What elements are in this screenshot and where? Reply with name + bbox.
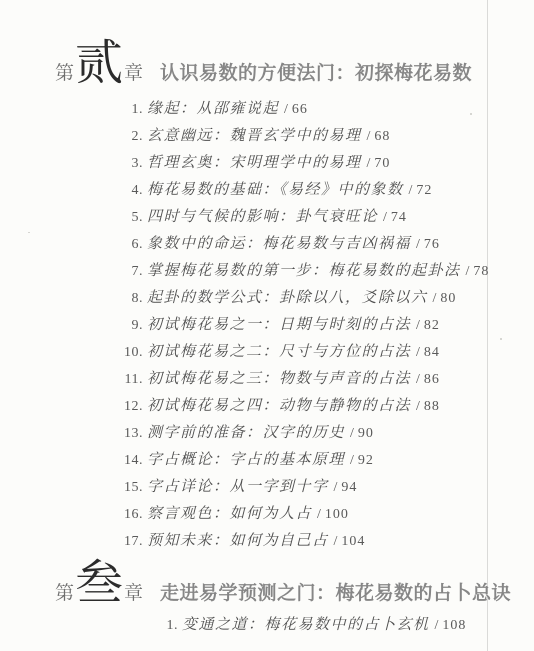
toc-item-separator: / — [350, 420, 354, 447]
toc-item-number: 8. — [112, 285, 143, 312]
toc-item-separator: / — [416, 339, 420, 366]
toc-item-number: 7. — [112, 258, 143, 285]
toc-item-number: 6. — [112, 231, 143, 258]
toc-item-page: 92 — [358, 447, 374, 474]
toc-item-number: 10. — [112, 339, 143, 366]
toc-item: 6. 象数中的命运：梅花易数与吉凶祸福 / 76 — [112, 231, 534, 258]
chapter-3-toc-list: 1. 变通之道：梅花易数中的占卜玄机 / 108 — [147, 612, 534, 639]
toc-item-number: 5. — [112, 204, 143, 231]
chapter-3-heading: 第 叁 章 走进易学预测之门：梅花易数的占卜总诀 — [55, 560, 511, 608]
toc-item-title: 玄意幽远：魏晋玄学中的易理 — [147, 123, 362, 150]
toc-item: 1. 缘起：从邵雍说起 / 66 — [112, 96, 534, 123]
toc-item-number: 17. — [112, 528, 143, 555]
toc-item-page: 100 — [325, 501, 349, 528]
toc-item-page: 76 — [424, 231, 440, 258]
toc-item-number: 12. — [112, 393, 143, 420]
toc-item-title: 预知未来：如何为自己占 — [147, 528, 329, 555]
toc-item: 11. 初试梅花易之三：物数与声音的占法 / 86 — [112, 366, 534, 393]
toc-item-title: 初试梅花易之四：动物与静物的占法 — [147, 393, 411, 420]
scanned-toc-page: { "palette": { "paper": "#fcfcfa", "item… — [0, 0, 534, 651]
toc-item-title: 四时与气候的影响：卦气衰旺论 — [147, 204, 378, 231]
toc-item-separator: / — [334, 528, 338, 555]
toc-item-title: 象数中的命运：梅花易数与吉凶祸福 — [147, 231, 411, 258]
toc-item: 3. 哲理玄奥：宋明理学中的易理 / 70 — [112, 150, 534, 177]
chapter-label-prefix: 第 — [55, 58, 74, 85]
toc-item-page: 86 — [424, 366, 440, 393]
toc-item-page: 94 — [341, 474, 357, 501]
toc-item-page: 108 — [442, 612, 466, 639]
toc-item-number: 9. — [112, 312, 143, 339]
toc-item-page: 84 — [424, 339, 440, 366]
toc-item-separator: / — [416, 312, 420, 339]
scan-speck — [28, 232, 30, 233]
toc-item-separator: / — [435, 612, 439, 639]
toc-item-separator: / — [350, 447, 354, 474]
toc-item-separator: / — [416, 393, 420, 420]
toc-item-title: 起卦的数学公式：卦除以八，爻除以六 — [147, 285, 428, 312]
toc-item-number: 16. — [112, 501, 143, 528]
toc-item-separator: / — [466, 258, 470, 285]
toc-item: 10. 初试梅花易之二：尺寸与方位的占法 / 84 — [112, 339, 534, 366]
toc-item-page: 90 — [358, 420, 374, 447]
toc-item-page: 82 — [424, 312, 440, 339]
toc-item-page: 74 — [391, 204, 407, 231]
toc-item-page: 78 — [473, 258, 489, 285]
toc-item-separator: / — [367, 123, 371, 150]
chapter-number-glyph: 叁 — [75, 560, 123, 608]
toc-item-title: 初试梅花易之三：物数与声音的占法 — [147, 366, 411, 393]
toc-item-page: 88 — [424, 393, 440, 420]
toc-item-number: 3. — [112, 150, 143, 177]
toc-item: 2. 玄意幽远：魏晋玄学中的易理 / 68 — [112, 123, 534, 150]
chapter-title: 走进易学预测之门：梅花易数的占卜总诀 — [160, 578, 511, 605]
toc-item: 7. 掌握梅花易数的第一步：梅花易数的起卦法 / 78 — [112, 258, 534, 285]
toc-item-separator: / — [409, 177, 413, 204]
toc-item-separator: / — [416, 231, 420, 258]
toc-item: 8. 起卦的数学公式：卦除以八，爻除以六 / 80 — [112, 285, 534, 312]
chapter-label-suffix: 章 — [124, 578, 143, 605]
toc-item-page: 72 — [416, 177, 432, 204]
chapter-2-toc-list: 1. 缘起：从邵雍说起 / 66 2. 玄意幽远：魏晋玄学中的易理 / 68 3… — [112, 96, 534, 555]
toc-item-separator: / — [334, 474, 338, 501]
toc-item-title: 初试梅花易之一：日期与时刻的占法 — [147, 312, 411, 339]
toc-item-title: 梅花易数的基础：《易经》中的象数 — [147, 177, 404, 204]
toc-item-number: 1. — [112, 96, 143, 123]
toc-item-number: 13. — [112, 420, 143, 447]
toc-item-title: 字占概论：字占的基本原理 — [147, 447, 345, 474]
toc-item-title: 变通之道：梅花易数中的占卜玄机 — [182, 612, 430, 639]
toc-item-number: 15. — [112, 474, 143, 501]
toc-item-page: 70 — [374, 150, 390, 177]
toc-item: 16. 察言观色：如何为人占 / 100 — [112, 501, 534, 528]
toc-item-number: 4. — [112, 177, 143, 204]
toc-item: 5. 四时与气候的影响：卦气衰旺论 / 74 — [112, 204, 534, 231]
toc-item-page: 68 — [374, 123, 390, 150]
toc-item: 17. 预知未来：如何为自己占 / 104 — [112, 528, 534, 555]
toc-item: 12. 初试梅花易之四：动物与静物的占法 / 88 — [112, 393, 534, 420]
toc-item: 14. 字占概论：字占的基本原理 / 92 — [112, 447, 534, 474]
chapter-2-heading: 第 贰 章 认识易数的方便法门：初探梅花易数 — [55, 40, 472, 88]
toc-item-separator: / — [284, 96, 288, 123]
toc-item-separator: / — [416, 366, 420, 393]
toc-item-page: 104 — [341, 528, 365, 555]
toc-item-title: 初试梅花易之二：尺寸与方位的占法 — [147, 339, 411, 366]
toc-item-number: 11. — [112, 366, 143, 393]
toc-item-title: 字占详论：从一字到十字 — [147, 474, 329, 501]
toc-item-separator: / — [367, 150, 371, 177]
chapter-title: 认识易数的方便法门：初探梅花易数 — [160, 58, 472, 85]
toc-item-number: 14. — [112, 447, 143, 474]
toc-item-separator: / — [383, 204, 387, 231]
toc-item-page: 80 — [440, 285, 456, 312]
toc-item-separator: / — [317, 501, 321, 528]
chapter-number-glyph: 贰 — [75, 40, 123, 88]
toc-item-title: 测字前的准备：汉字的历史 — [147, 420, 345, 447]
chapter-label-suffix: 章 — [124, 58, 143, 85]
chapter-label-prefix: 第 — [55, 578, 74, 605]
toc-item-title: 掌握梅花易数的第一步：梅花易数的起卦法 — [147, 258, 461, 285]
toc-item-page: 66 — [292, 96, 308, 123]
toc-item: 4. 梅花易数的基础：《易经》中的象数 / 72 — [112, 177, 534, 204]
toc-item-separator: / — [433, 285, 437, 312]
toc-item: 1. 变通之道：梅花易数中的占卜玄机 / 108 — [147, 612, 534, 639]
toc-item: 9. 初试梅花易之一：日期与时刻的占法 / 82 — [112, 312, 534, 339]
toc-item-number: 1. — [147, 612, 178, 639]
toc-item-title: 缘起：从邵雍说起 — [147, 96, 279, 123]
toc-item: 13. 测字前的准备：汉字的历史 / 90 — [112, 420, 534, 447]
toc-item: 15. 字占详论：从一字到十字 / 94 — [112, 474, 534, 501]
toc-item-number: 2. — [112, 123, 143, 150]
toc-item-title: 哲理玄奥：宋明理学中的易理 — [147, 150, 362, 177]
toc-item-title: 察言观色：如何为人占 — [147, 501, 312, 528]
